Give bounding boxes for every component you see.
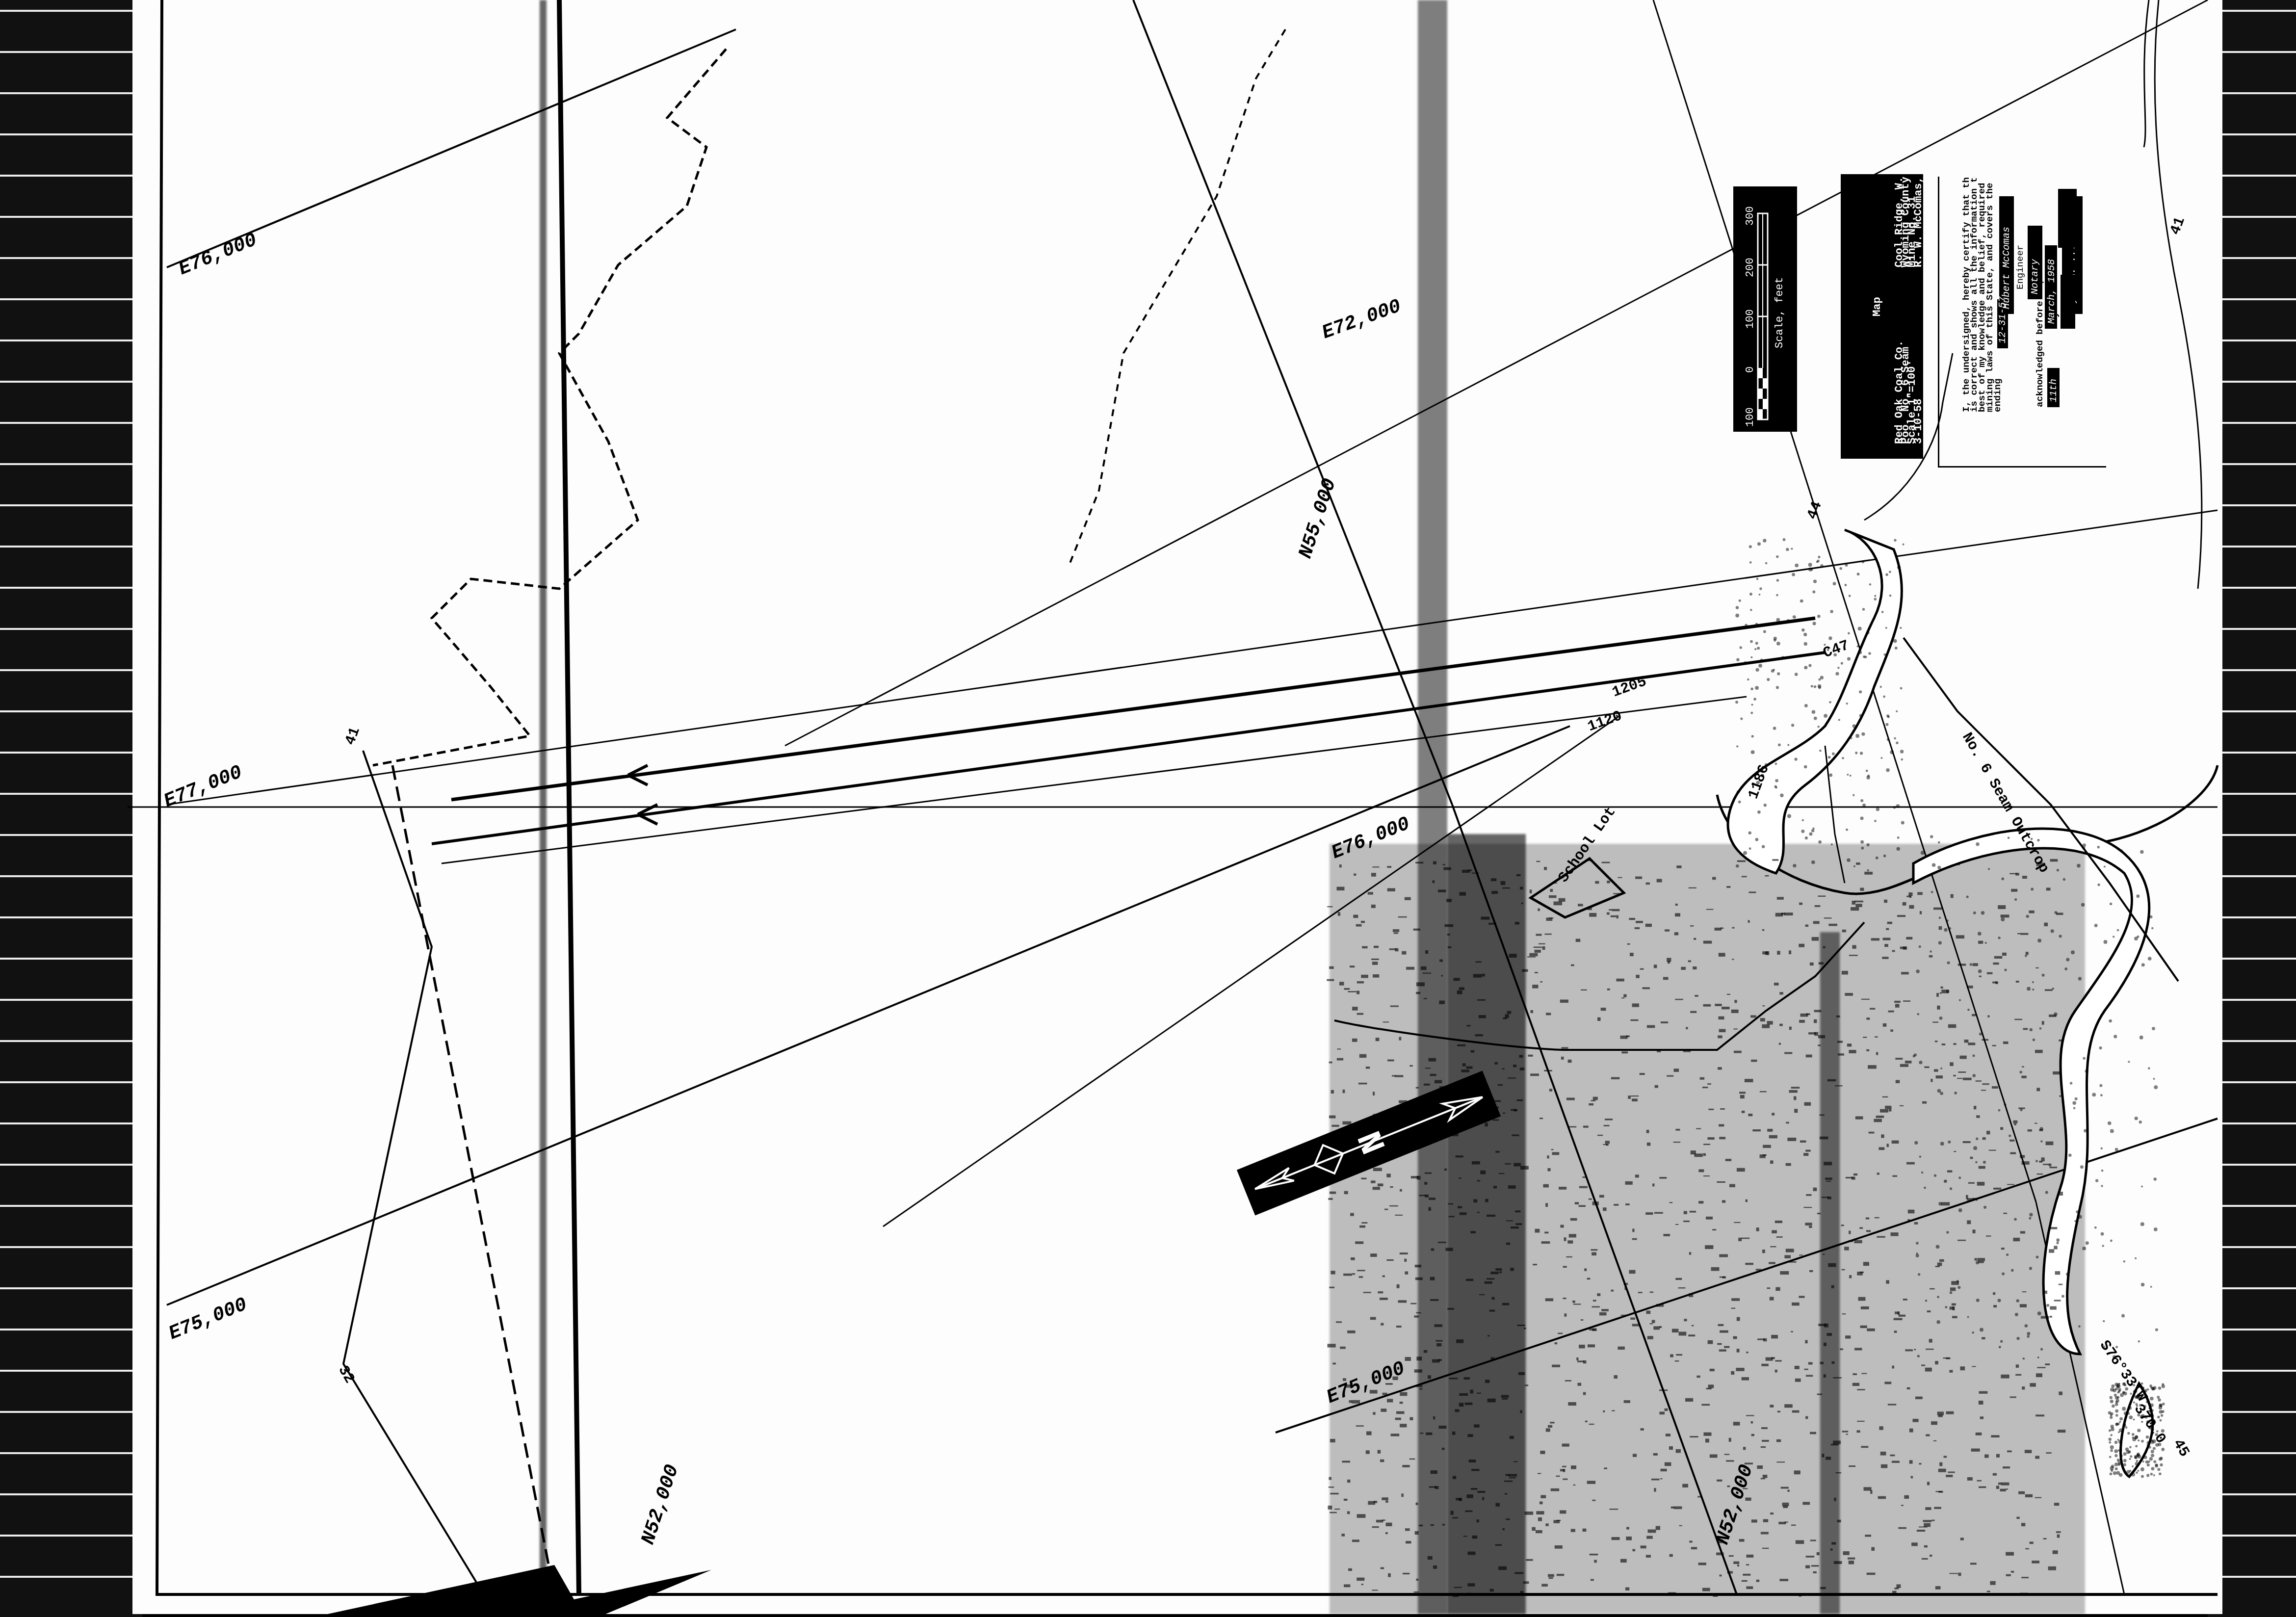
station-label: 44 xyxy=(1804,499,1826,522)
scale-tick: 100 xyxy=(1744,309,1756,329)
title-heading: Map xyxy=(1871,297,1883,316)
grid-label: E76,000 xyxy=(176,229,261,281)
school-lot-label: School Lot xyxy=(1555,804,1619,886)
station-label: 41 xyxy=(2167,215,2189,237)
elevation-label: 1120 xyxy=(1586,708,1624,736)
cert-line: ending xyxy=(1992,379,2003,412)
map-sheet: /* filled by JS */ E76,000 E77,000 E75,0… xyxy=(0,0,2296,1617)
certification-block: I, the undersigned, hereby certify that … xyxy=(1938,177,2106,468)
grid-label: N52,000 xyxy=(638,1462,684,1547)
plate xyxy=(2061,275,2075,329)
scale-tick: 300 xyxy=(1744,206,1756,226)
grid-label: N52,000 xyxy=(1712,1462,1759,1547)
elevation-label: 1205 xyxy=(1610,674,1649,702)
scale-bar: 100 0 100 200 300 Scale, feet xyxy=(1733,186,1797,432)
grid-label: N55,000 xyxy=(1295,476,1342,561)
plate xyxy=(2058,189,2077,248)
title-block: Map Red Oak Coal Co. Poo. No. 6 Seam Sca… xyxy=(1841,174,1923,459)
station-label: 45 xyxy=(2169,1436,2192,1460)
engineer-signature: Hubert McComas xyxy=(2001,227,2012,309)
ack-day: 11th xyxy=(2048,379,2060,402)
grid-label: E72,000 xyxy=(1319,295,1404,344)
cert-line: mining laws of this State, and covers th… xyxy=(1984,177,1995,412)
grid-label: E75,000 xyxy=(166,1294,251,1345)
grid-label: E77,000 xyxy=(161,761,246,813)
scale-tick: 200 xyxy=(1744,258,1756,277)
svg-text:R. W. McComas, Eng.: R. W. McComas, Eng. xyxy=(1912,174,1923,267)
scale-tick: 100 xyxy=(1744,407,1756,427)
notary-signature: Notary xyxy=(2030,259,2041,294)
grid-label: E75,000 xyxy=(1324,1357,1409,1409)
engineer-label: Engineer xyxy=(2015,245,2026,289)
station-label: C47 xyxy=(1821,637,1852,662)
svg-text:3-10-58: 3-10-58 xyxy=(1912,399,1923,444)
scale-tick: 0 xyxy=(1744,366,1756,373)
station-label: 41 xyxy=(342,725,364,747)
north-arrow-icon: N xyxy=(1237,1070,1501,1215)
scale-title: Scale, feet xyxy=(1774,277,1786,348)
ack-month: March, 1958 xyxy=(2046,259,2058,324)
